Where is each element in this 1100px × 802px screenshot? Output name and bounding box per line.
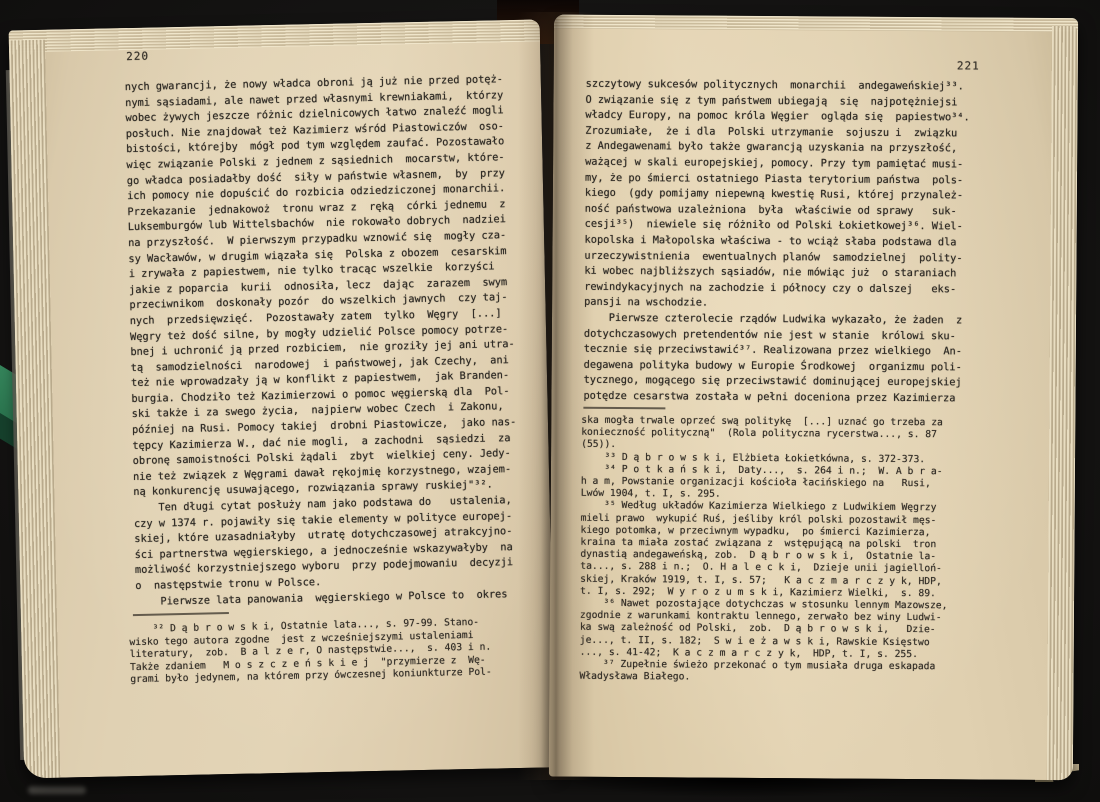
page-top-edge [554,15,1078,33]
right-page: 221 szczytowy sukcesów politycznych mona… [549,15,1078,781]
left-page: 220 nych gwarancji, że nowy władca obron… [9,19,556,778]
page-number: 220 [126,50,149,63]
footnote-text: ³² D ą b r o w s k i, Ostatnie lata..., … [129,616,542,688]
page-fore-edge [1047,26,1078,780]
floor-reflection-streak [28,786,86,794]
body-text: szczytowy sukcesów politycznych monarchi… [583,77,985,407]
body-text: nych gwarancji, że nowy władca obroni ją… [125,72,536,610]
footnote-rule [583,407,665,410]
footnote-rule [133,612,229,616]
text-line: potędze cesarstwa została w pełni doceni… [583,389,983,407]
footnote-text: ska mogła trwale oprzeć swą politykę [..… [579,415,993,686]
page-number: 221 [586,57,980,73]
text-line: Władysława Białego. [579,671,991,686]
